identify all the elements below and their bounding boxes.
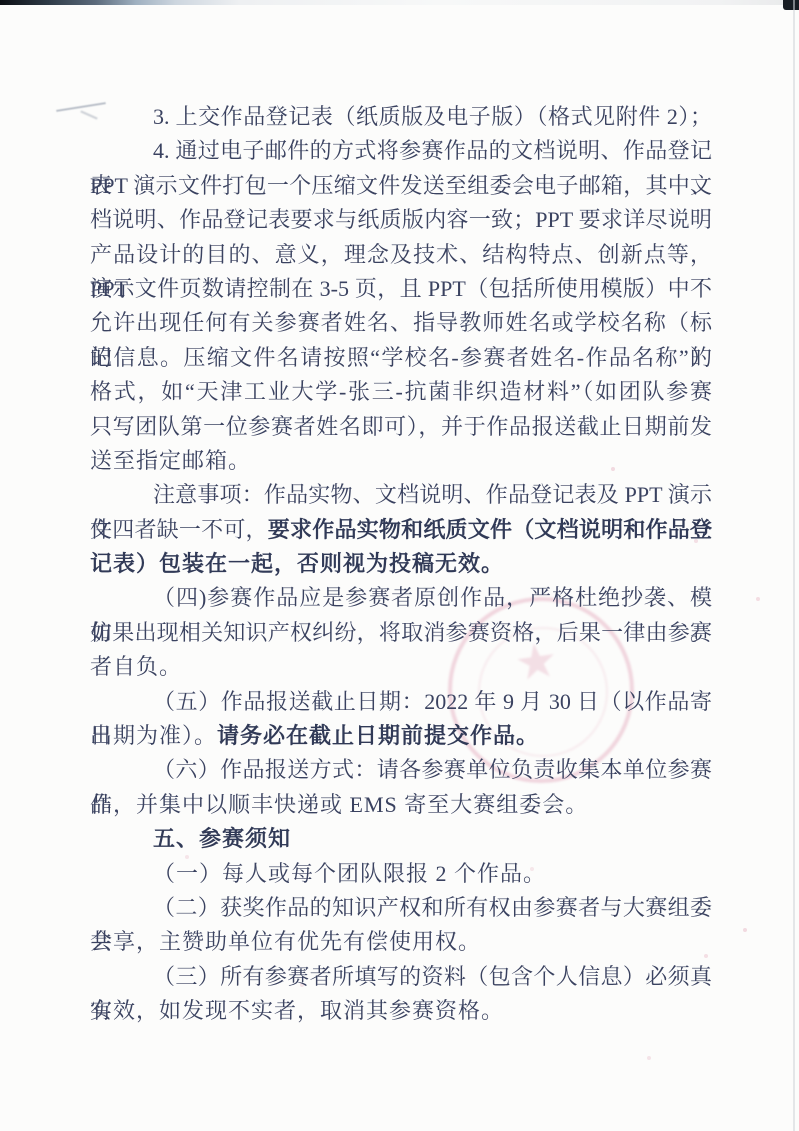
text-segment: 的信息。压缩文件名请按照“学校名-参赛者姓名-作品名称”的: [90, 345, 712, 370]
scanned-document-page: ★ 3. 上交作品登记表（纸质版及电子版）（格式见附件 2）；4. 通过电子邮件…: [0, 0, 799, 1131]
text-segment: 送至指定邮箱。: [90, 448, 251, 473]
text-line: （三）所有参赛者所填写的资料（包含个人信息）必须真实: [90, 960, 712, 994]
scanner-corner-artifact: [783, 0, 799, 10]
text-line: 共享，主赞助单位有优先有偿使用权。: [90, 925, 712, 959]
text-line: 送至指定邮箱。: [90, 444, 712, 478]
bold-text-segment: 请务必在截止日期前提交作品。: [217, 723, 539, 748]
scan-noise-speckles: [0, 0, 2, 2]
text-line: 注意事项：作品实物、文档说明、作品登记表及 PPT 演示文: [90, 478, 712, 512]
text-line: 如果出现相关知识产权纠纷，将取消参赛资格，后果一律由参赛: [90, 616, 712, 650]
text-line: PPT 演示文件打包一个压缩文件发送至组委会电子邮箱，其中文: [90, 169, 712, 203]
text-line: 品，并集中以顺丰快递或 EMS 寄至大赛组委会。: [90, 788, 712, 822]
text-line: （一）每人或每个团队限报 2 个作品。: [90, 857, 712, 891]
text-line: 日期为准）。请务必在截止日期前提交作品。: [90, 719, 712, 753]
text-line: 产品设计的目的、意义，理念及技术、结构特点、创新点等，PPT: [90, 238, 712, 272]
text-segment: 档说明、作品登记表要求与纸质版内容一致；PPT 要求详尽说明: [90, 207, 712, 232]
text-segment: 件四者缺一不可，: [90, 517, 268, 542]
text-segment: 3. 上交作品登记表（纸质版及电子版）（格式见附件 2）；: [90, 104, 712, 129]
text-line: 3. 上交作品登记表（纸质版及电子版）（格式见附件 2）；: [90, 100, 712, 134]
text-line: 演示文件页数请控制在 3-5 页，且 PPT（包括所使用模版）中不: [90, 272, 712, 306]
text-segment: （一）每人或每个团队限报 2 个作品。: [90, 861, 546, 886]
text-segment: 共享，主赞助单位有优先有偿使用权。: [90, 929, 481, 954]
bold-text-segment: 记表）包装在一起，否则视为投稿无效。: [90, 551, 504, 576]
text-segment: 演示文件页数请控制在 3-5 页，且 PPT（包括所使用模版）中不: [90, 276, 712, 301]
bold-text-segment: 五、参赛须知: [90, 826, 291, 851]
text-line: 允许出现任何有关参赛者姓名、指导教师姓名或学校名称（标记）: [90, 306, 712, 340]
text-line: 4. 通过电子邮件的方式将参赛作品的文档说明、作品登记表、: [90, 134, 712, 168]
text-segment: 日期为准）。: [90, 723, 217, 748]
text-line: 有效，如发现不实者，取消其参赛资格。: [90, 994, 712, 1028]
text-segment: 有效，如发现不实者，取消其参赛资格。: [90, 998, 504, 1023]
text-line: （五）作品报送截止日期：2022 年 9 月 30 日（以作品寄出: [90, 685, 712, 719]
text-line: 档说明、作品登记表要求与纸质版内容一致；PPT 要求详尽说明: [90, 203, 712, 237]
scanner-top-edge-artifact: [0, 0, 799, 5]
text-line: （二）获奖作品的知识产权和所有权由参赛者与大赛组委会: [90, 891, 712, 925]
text-line: 只写团队第一位参赛者姓名即可），并于作品报送截止日期前发: [90, 410, 712, 444]
text-line: 的信息。压缩文件名请按照“学校名-参赛者姓名-作品名称”的: [90, 341, 712, 375]
text-line: （六）作品报送方式：请各参赛单位负责收集本单位参赛作: [90, 753, 712, 787]
text-line: 件四者缺一不可，要求作品实物和纸质文件（文档说明和作品登: [90, 513, 712, 547]
bold-text-segment: 要求作品实物和纸质文件（文档说明和作品登: [268, 517, 712, 542]
text-segment: 格式，如“天津工业大学-张三-抗菌非织造材料”（如团队参赛: [90, 379, 712, 404]
text-line: 格式，如“天津工业大学-张三-抗菌非织造材料”（如团队参赛: [90, 375, 712, 409]
text-segment: 只写团队第一位参赛者姓名即可），并于作品报送截止日期前发: [90, 414, 712, 439]
text-line: 者自负。: [90, 650, 712, 684]
scanner-right-edge-artifact: [793, 0, 795, 1131]
text-line: 五、参赛须知: [90, 822, 712, 856]
text-segment: 如果出现相关知识产权纠纷，将取消参赛资格，后果一律由参赛: [90, 620, 712, 645]
text-line: （四)参赛作品应是参赛者原创作品，严格杜绝抄袭、模仿。: [90, 581, 712, 615]
text-line: 记表）包装在一起，否则视为投稿无效。: [90, 547, 712, 581]
text-segment: 者自负。: [90, 654, 182, 679]
text-segment: 品，并集中以顺丰快递或 EMS 寄至大赛组委会。: [90, 792, 588, 817]
text-segment: PPT 演示文件打包一个压缩文件发送至组委会电子邮箱，其中文: [90, 173, 712, 198]
document-text: 3. 上交作品登记表（纸质版及电子版）（格式见附件 2）；4. 通过电子邮件的方…: [90, 100, 712, 1029]
